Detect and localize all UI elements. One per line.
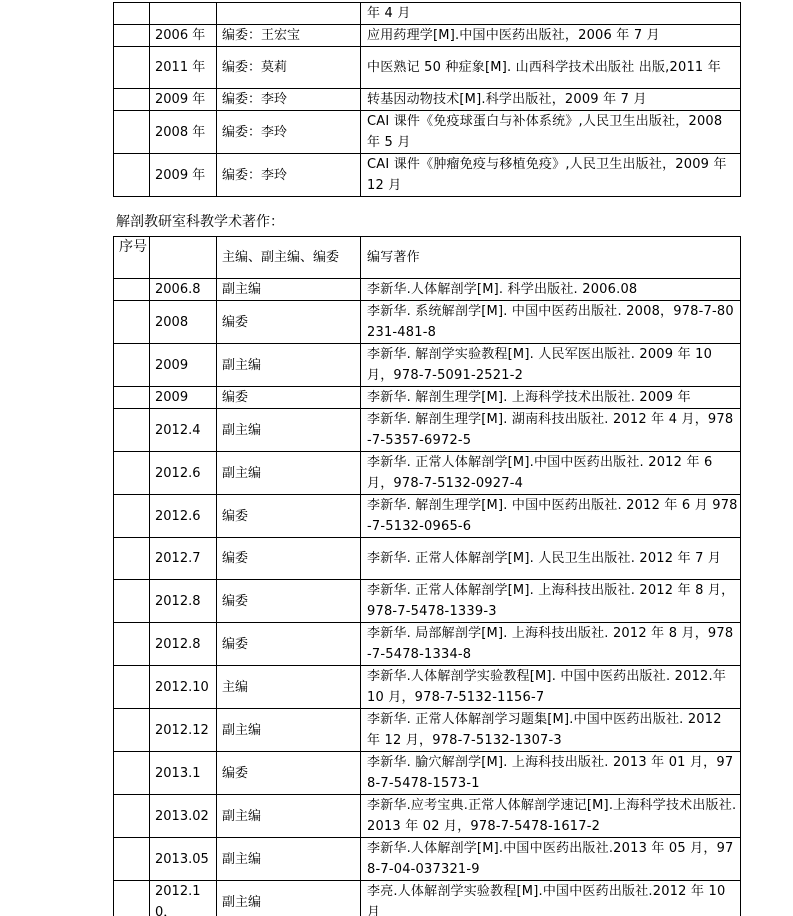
work-cell: 应用药理学[M].中国中医药出版社，2006 年 7 月 bbox=[361, 25, 741, 47]
work-cell: 中医熟记 50 种症象[M]. 山西科学技术出版社 出版,2011 年 bbox=[361, 47, 741, 89]
table-row: 2012.6 副主编 李新华. 正常人体解剖学[M].中国中医药出版社. 201… bbox=[114, 452, 741, 495]
seq-cell bbox=[114, 666, 150, 709]
year-cell: 2006.8 bbox=[150, 279, 217, 301]
year-cell: 2013.1 bbox=[150, 752, 217, 795]
table-row: 2012.10， 副主编 李亮.人体解剖学实验教程[M].中国中医药出版社.20… bbox=[114, 881, 741, 916]
seq-cell bbox=[114, 387, 150, 409]
works-table-1: 年 4 月 2006 年 编委：王宏宝 应用药理学[M].中国中医药出版社，20… bbox=[113, 2, 741, 197]
seq-cell bbox=[114, 623, 150, 666]
header-year bbox=[150, 237, 217, 279]
seq-cell bbox=[114, 709, 150, 752]
year-cell: 2012.10 bbox=[150, 666, 217, 709]
role-cell: 编委：李玲 bbox=[217, 154, 361, 197]
table-row: 2012.8 编委 李新华. 正常人体解剖学[M]. 上海科技出版社. 2012… bbox=[114, 580, 741, 623]
work-cell: 李新华. 正常人体解剖学[M].中国中医药出版社. 2012 年 6 月，978… bbox=[361, 452, 741, 495]
work-cell: 李新华. 正常人体解剖学[M]. 上海科技出版社. 2012 年 8 月，978… bbox=[361, 580, 741, 623]
table-row: 2013.1 编委 李新华. 腧穴解剖学[M]. 上海科技出版社. 2013 年… bbox=[114, 752, 741, 795]
role-cell: 编委：王宏宝 bbox=[217, 25, 361, 47]
year-cell: 2008 bbox=[150, 301, 217, 344]
seq-cell bbox=[114, 495, 150, 538]
table-row: 2013.05 副主编 李新华.人体解剖学[M].中国中医药出版社.2013 年… bbox=[114, 838, 741, 881]
seq-cell bbox=[114, 89, 150, 111]
role-cell: 副主编 bbox=[217, 452, 361, 495]
table-row: 2006.8 副主编 李新华.人体解剖学[M]. 科学出版社. 2006.08 bbox=[114, 279, 741, 301]
seq-cell bbox=[114, 3, 150, 25]
year-cell: 2012.4 bbox=[150, 409, 217, 452]
seq-cell bbox=[114, 580, 150, 623]
work-cell: 李新华. 解剖生理学[M]. 湖南科技出版社. 2012 年 4 月，978-7… bbox=[361, 409, 741, 452]
work-cell: 年 4 月 bbox=[361, 3, 741, 25]
table-row: 2012.4 副主编 李新华. 解剖生理学[M]. 湖南科技出版社. 2012 … bbox=[114, 409, 741, 452]
table-row: 2011 年 编委：莫莉 中医熟记 50 种症象[M]. 山西科学技术出版社 出… bbox=[114, 47, 741, 89]
role-cell: 主编 bbox=[217, 666, 361, 709]
seq-cell bbox=[114, 881, 150, 916]
year-cell: 2012.6 bbox=[150, 452, 217, 495]
table-row: 2009 年 编委：李玲 转基因动物技术[M].科学出版社，2009 年 7 月 bbox=[114, 89, 741, 111]
seq-cell bbox=[114, 452, 150, 495]
table-row: 2008 编委 李新华. 系统解剖学[M]. 中国中医药出版社. 2008，97… bbox=[114, 301, 741, 344]
seq-cell bbox=[114, 538, 150, 580]
role-cell: 副主编 bbox=[217, 795, 361, 838]
role-cell: 副主编 bbox=[217, 881, 361, 916]
year-cell: 2012.6 bbox=[150, 495, 217, 538]
year-cell: 2009 年 bbox=[150, 89, 217, 111]
year-cell: 2011 年 bbox=[150, 47, 217, 89]
work-cell: 李新华. 系统解剖学[M]. 中国中医药出版社. 2008，978-7-8023… bbox=[361, 301, 741, 344]
seq-cell bbox=[114, 25, 150, 47]
work-cell: 李新华. 腧穴解剖学[M]. 上海科技出版社. 2013 年 01 月，978-… bbox=[361, 752, 741, 795]
year-cell: 2012.8 bbox=[150, 623, 217, 666]
role-cell: 编委：李玲 bbox=[217, 111, 361, 154]
work-cell: 李新华.人体解剖学[M].中国中医药出版社.2013 年 05 月，978-7-… bbox=[361, 838, 741, 881]
year-cell: 2013.05 bbox=[150, 838, 217, 881]
work-cell: 李新华. 正常人体解剖学[M]. 人民卫生出版社. 2012 年 7 月 bbox=[361, 538, 741, 580]
section-title: 解剖教研室科教学术著作： bbox=[116, 212, 284, 232]
year-cell bbox=[150, 3, 217, 25]
table-row: 2012.7 编委 李新华. 正常人体解剖学[M]. 人民卫生出版社. 2012… bbox=[114, 538, 741, 580]
table-row: 2006 年 编委：王宏宝 应用药理学[M].中国中医药出版社，2006 年 7… bbox=[114, 25, 741, 47]
role-cell: 编委：李玲 bbox=[217, 89, 361, 111]
work-cell: 李新华.人体解剖学实验教程[M]. 中国中医药出版社. 2012.年 10 月，… bbox=[361, 666, 741, 709]
seq-cell bbox=[114, 47, 150, 89]
seq-cell bbox=[114, 301, 150, 344]
table-row: 2013.02 副主编 李新华.应考宝典.正常人体解剖学速记[M].上海科学技术… bbox=[114, 795, 741, 838]
work-cell: 李新华. 局部解剖学[M]. 上海科技出版社. 2012 年 8 月，978-7… bbox=[361, 623, 741, 666]
role-cell: 编委 bbox=[217, 387, 361, 409]
role-cell: 副主编 bbox=[217, 709, 361, 752]
role-cell: 副主编 bbox=[217, 279, 361, 301]
table-row: 2012.6 编委 李新华. 解剖生理学[M]. 中国中医药出版社. 2012 … bbox=[114, 495, 741, 538]
role-cell: 编委 bbox=[217, 538, 361, 580]
year-cell: 2012.8 bbox=[150, 580, 217, 623]
seq-cell bbox=[114, 154, 150, 197]
year-cell: 2006 年 bbox=[150, 25, 217, 47]
table-header-row: 序号 主编、副主编、编委 编写著作 bbox=[114, 237, 741, 279]
seq-cell bbox=[114, 409, 150, 452]
role-cell: 编委 bbox=[217, 752, 361, 795]
year-cell: 2008 年 bbox=[150, 111, 217, 154]
works-table-2: 序号 主编、副主编、编委 编写著作 2006.8 副主编 李新华.人体解剖学[M… bbox=[113, 236, 741, 916]
role-cell: 副主编 bbox=[217, 344, 361, 387]
table-row: 2012.8 编委 李新华. 局部解剖学[M]. 上海科技出版社. 2012 年… bbox=[114, 623, 741, 666]
work-cell: CAI 课件《免疫球蛋白与补体系统》,人民卫生出版社，2008 年 5 月 bbox=[361, 111, 741, 154]
year-cell: 2009 bbox=[150, 387, 217, 409]
year-cell: 2009 年 bbox=[150, 154, 217, 197]
seq-cell bbox=[114, 795, 150, 838]
work-cell: 转基因动物技术[M].科学出版社，2009 年 7 月 bbox=[361, 89, 741, 111]
year-cell: 2013.02 bbox=[150, 795, 217, 838]
table-row: 2009 副主编 李新华. 解剖学实验教程[M]. 人民军医出版社. 2009 … bbox=[114, 344, 741, 387]
work-cell: 李新华.人体解剖学[M]. 科学出版社. 2006.08 bbox=[361, 279, 741, 301]
work-cell: CAI 课件《肿瘤免疫与移植免疫》,人民卫生出版社，2009 年 12 月 bbox=[361, 154, 741, 197]
seq-cell bbox=[114, 111, 150, 154]
year-cell: 2012.12 bbox=[150, 709, 217, 752]
role-cell: 副主编 bbox=[217, 838, 361, 881]
table-row: 年 4 月 bbox=[114, 3, 741, 25]
year-cell: 2012.10， bbox=[150, 881, 217, 916]
seq-cell bbox=[114, 752, 150, 795]
year-cell: 2009 bbox=[150, 344, 217, 387]
work-cell: 李新华. 解剖生理学[M]. 中国中医药出版社. 2012 年 6 月 978-… bbox=[361, 495, 741, 538]
role-cell bbox=[217, 3, 361, 25]
table-row: 2012.12 副主编 李新华. 正常人体解剖学习题集[M].中国中医药出版社.… bbox=[114, 709, 741, 752]
work-cell: 李新华.应考宝典.正常人体解剖学速记[M].上海科学技术出版社.2013 年 0… bbox=[361, 795, 741, 838]
role-cell: 编委 bbox=[217, 301, 361, 344]
seq-cell bbox=[114, 344, 150, 387]
role-cell: 副主编 bbox=[217, 409, 361, 452]
role-cell: 编委 bbox=[217, 580, 361, 623]
header-seq: 序号 bbox=[114, 237, 150, 279]
table-row: 2009 编委 李新华. 解剖生理学[M]. 上海科学技术出版社. 2009 年 bbox=[114, 387, 741, 409]
work-cell: 李新华. 正常人体解剖学习题集[M].中国中医药出版社. 2012 年 12 月… bbox=[361, 709, 741, 752]
header-role: 主编、副主编、编委 bbox=[217, 237, 361, 279]
work-cell: 李新华. 解剖学实验教程[M]. 人民军医出版社. 2009 年 10 月，97… bbox=[361, 344, 741, 387]
year-cell: 2012.7 bbox=[150, 538, 217, 580]
seq-cell bbox=[114, 279, 150, 301]
header-work: 编写著作 bbox=[361, 237, 741, 279]
role-cell: 编委：莫莉 bbox=[217, 47, 361, 89]
table-row: 2008 年 编委：李玲 CAI 课件《免疫球蛋白与补体系统》,人民卫生出版社，… bbox=[114, 111, 741, 154]
work-cell: 李亮.人体解剖学实验教程[M].中国中医药出版社.2012 年 10 月 bbox=[361, 881, 741, 916]
role-cell: 编委 bbox=[217, 623, 361, 666]
table-row: 2009 年 编委：李玲 CAI 课件《肿瘤免疫与移植免疫》,人民卫生出版社，2… bbox=[114, 154, 741, 197]
role-cell: 编委 bbox=[217, 495, 361, 538]
seq-cell bbox=[114, 838, 150, 881]
table-row: 2012.10 主编 李新华.人体解剖学实验教程[M]. 中国中医药出版社. 2… bbox=[114, 666, 741, 709]
work-cell: 李新华. 解剖生理学[M]. 上海科学技术出版社. 2009 年 bbox=[361, 387, 741, 409]
